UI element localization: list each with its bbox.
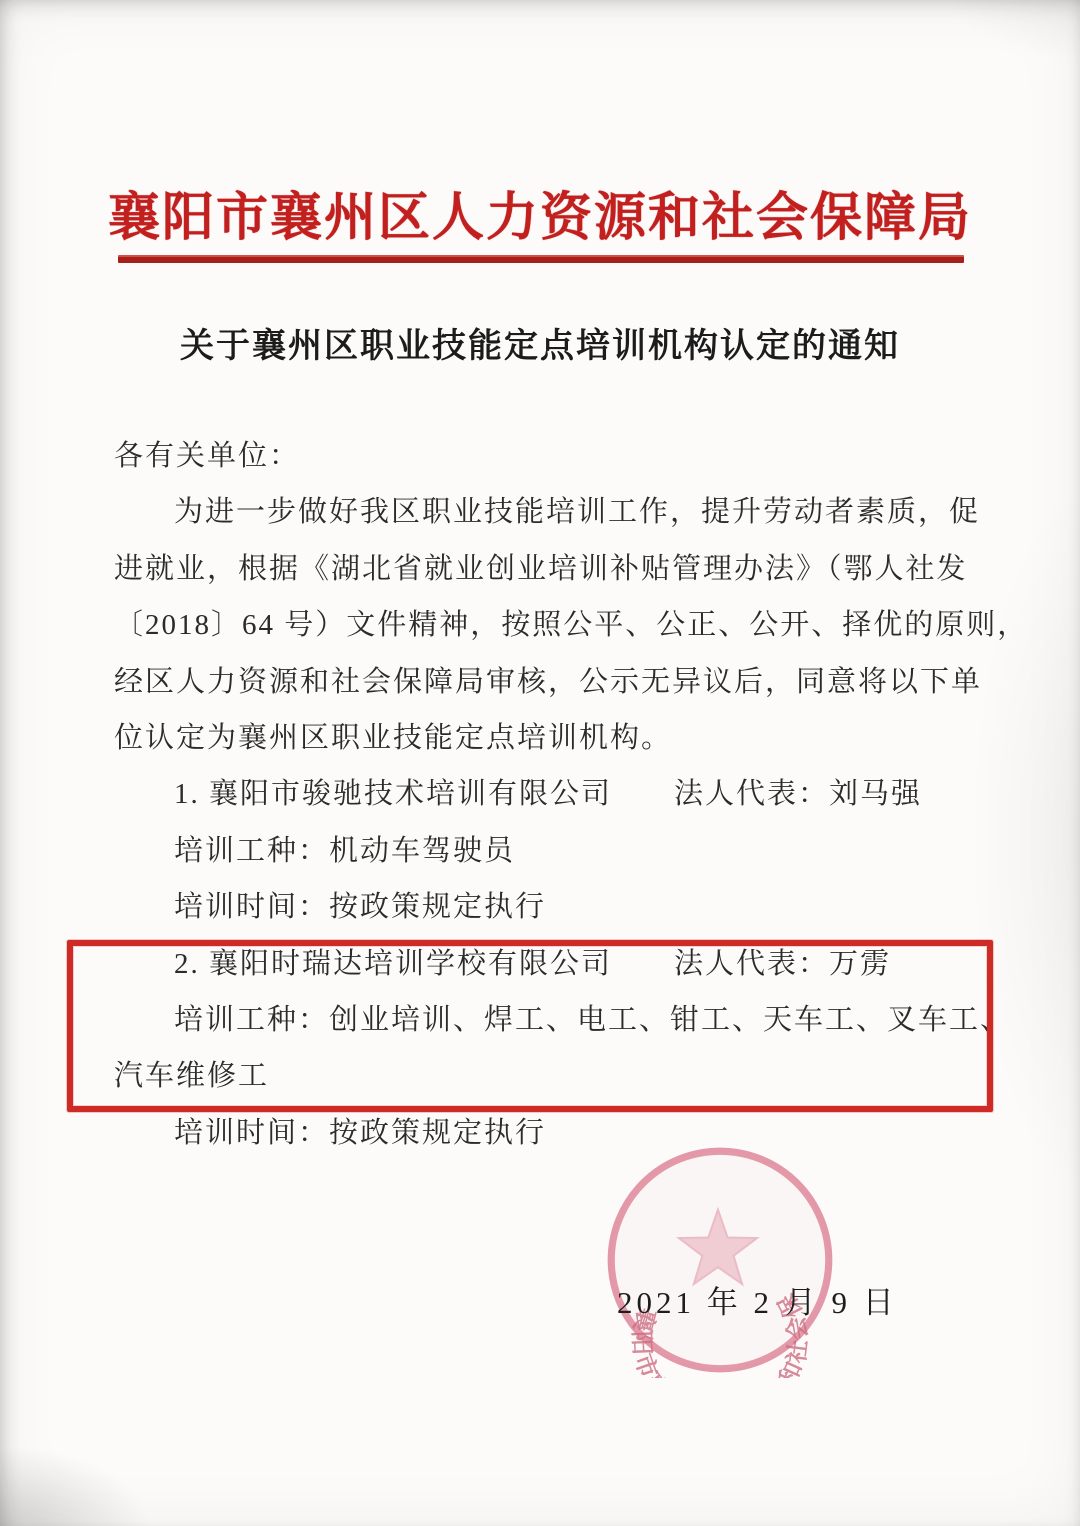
body-line: 〔2018〕64 号）文件精神，按照公平、公正、公开、择优的原则，	[114, 597, 986, 653]
body-line: 为进一步做好我区职业技能培训工作，提升劳动者素质，促	[114, 484, 986, 540]
body-line: 培训时间：按政策规定执行	[114, 879, 986, 935]
body-line: 培训工种：机动车驾驶员	[114, 823, 986, 879]
body-line: 经区人力资源和社会保障局审核，公示无异议后，同意将以下单	[114, 654, 986, 710]
body-line: 进就业，根据《湖北省就业创业培训补贴管理办法》（鄂人社发	[114, 541, 986, 597]
official-seal-stamp: 襄阳市襄州区人力资源和社会保障局	[602, 1142, 838, 1378]
body-line-salutation: 各有关单位：	[114, 428, 986, 484]
body-line: 位认定为襄州区职业技能定点培训机构。	[114, 710, 986, 766]
doc-date: 2021 年 2 月 9 日	[617, 1282, 898, 1324]
scanned-document-page: 襄阳市襄州区人力资源和社会保障局 关于襄州区职业技能定点培训机构认定的通知 各有…	[0, 0, 1080, 1526]
body-line-item1: 1. 襄阳市骏驰技术培训有限公司 法人代表：刘马强	[114, 766, 986, 822]
doc-title: 关于襄州区职业技能定点培训机构认定的通知	[0, 316, 1080, 378]
body-line: 培训时间：按政策规定执行	[114, 1105, 986, 1161]
org-title-underline	[118, 255, 964, 263]
org-title: 襄阳市襄州区人力资源和社会保障局	[0, 178, 1080, 260]
highlight-annotation-box	[67, 940, 993, 1112]
